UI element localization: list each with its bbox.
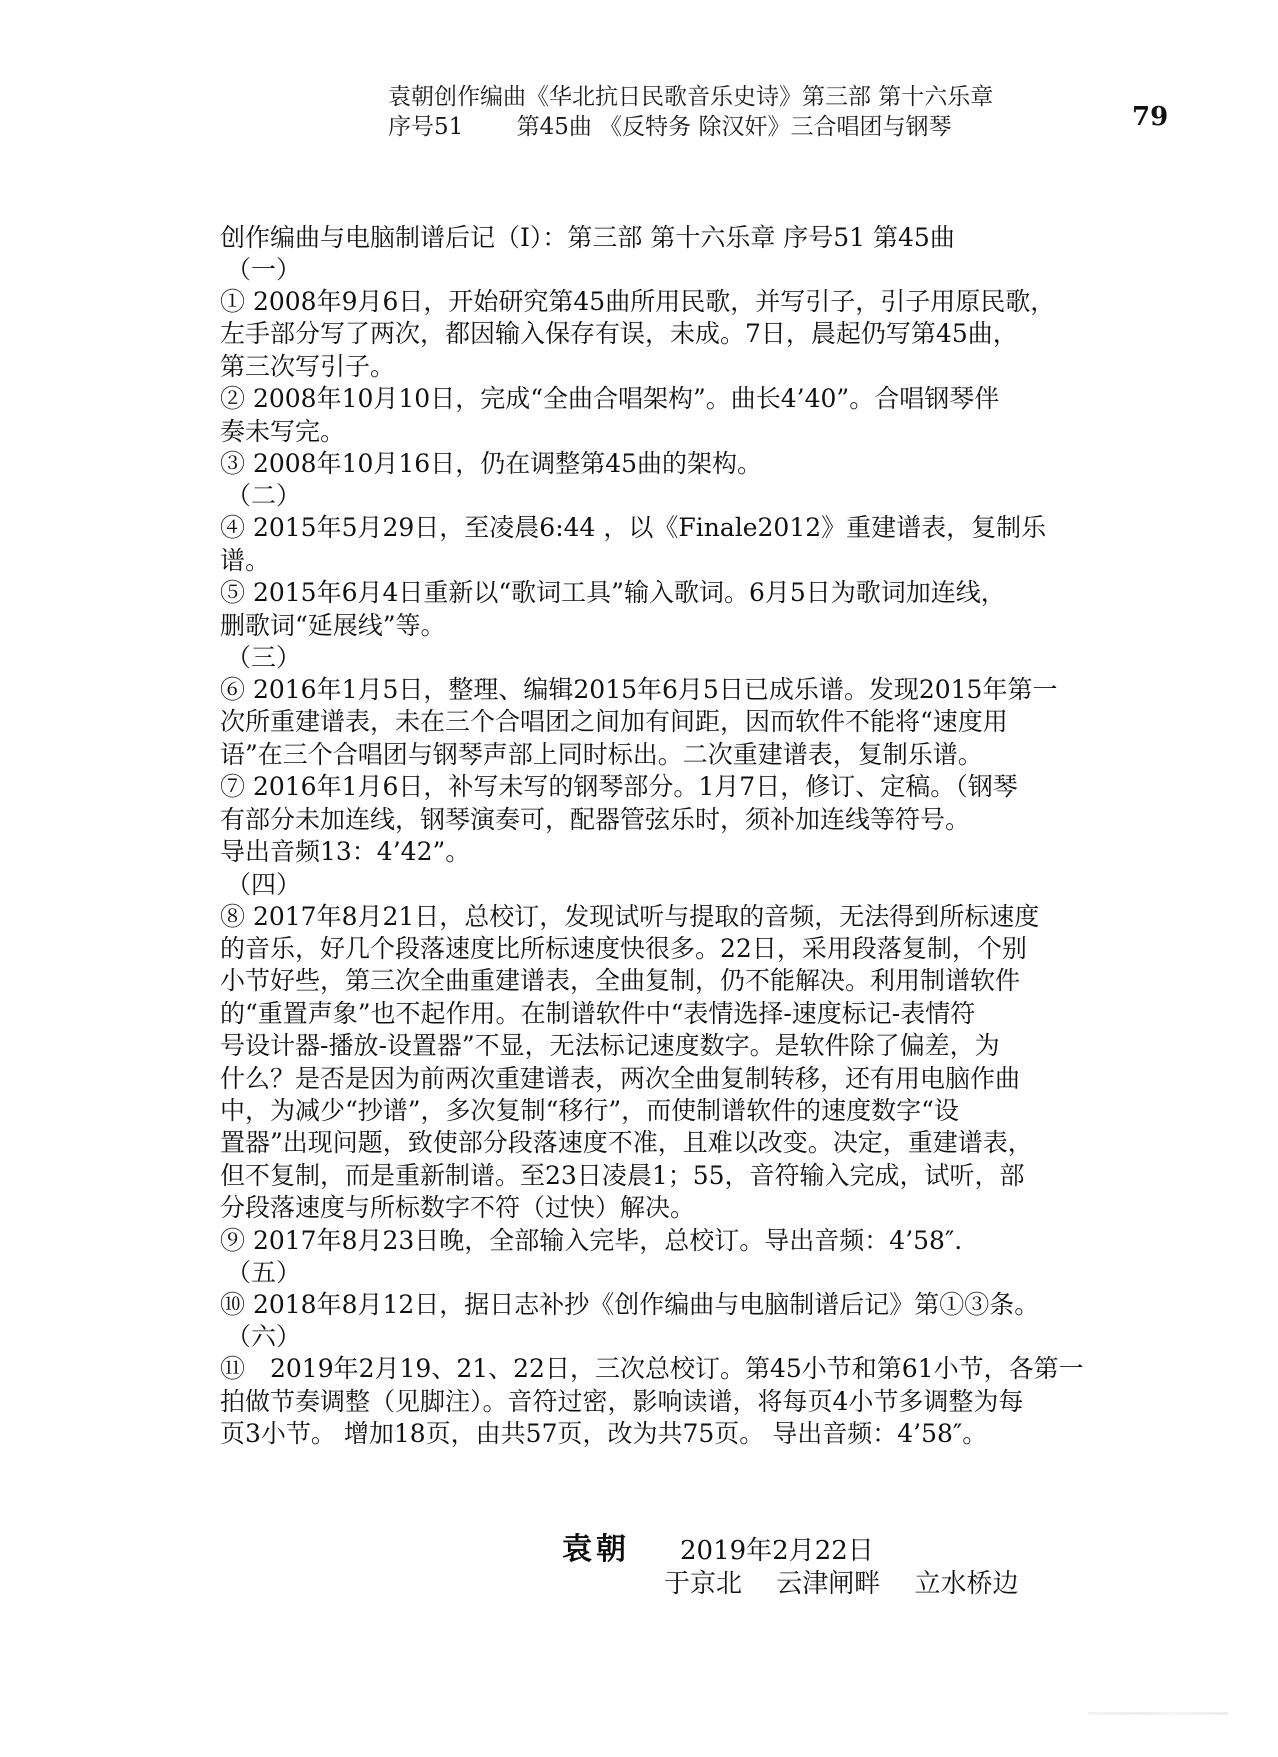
entry-line: 小节好些，第三次全曲重建谱表，全曲复制，仍不能解决。利用制谱软件 xyxy=(220,965,1140,997)
entry-line: ⑥ 2016年1月5日，整理、编辑2015年6月5日已成乐谱。发现2015年第一 xyxy=(220,674,1140,706)
entry-line: 第三次写引子。 xyxy=(220,351,1140,383)
section-label: （五） xyxy=(220,1257,1140,1289)
entry-line: 什么？是否是因为前两次重建谱表，两次全曲复制转移，还有用电脑作曲 xyxy=(220,1063,1140,1095)
entry-line: ⑪ 2019年2月19、21、22日，三次总校订。第45小节和第61小节，各第一 xyxy=(220,1353,1140,1385)
entry-line: 号设计器-播放-设置器”不显，无法标记速度数字。是软件除了偏差，为 xyxy=(220,1030,1140,1062)
entry-line: 中，为减少“抄谱”，多次复制“移行”，而使制谱软件的速度数字“设 xyxy=(220,1095,1140,1127)
entry-line: ⑧ 2017年8月21日，总校订，发现试听与提取的音频，无法得到所标速度 xyxy=(220,901,1140,933)
entry-line: 次所重建谱表，未在三个合唱团之间加有间距，因而软件不能将“速度用 xyxy=(220,706,1140,738)
signature-place: 于京北 云津闸畔 立水桥边 xyxy=(664,1566,1082,1602)
entry-line: 语”在三个合唱团与钢琴声部上同时标出。二次重建谱表，复制乐谱。 xyxy=(220,739,1140,771)
document-title: 创作编曲与电脑制谱后记（Ⅰ）：第三部 第十六乐章 序号51 第45曲 xyxy=(220,222,1140,254)
entry-line: 的音乐，好几个段落速度比所标速度快很多。22日，采用段落复制，个别 xyxy=(220,933,1140,965)
entry-line: ② 2008年10月10日，完成“全曲合唱架构”。曲长4’40”。合唱钢琴伴 xyxy=(220,383,1140,415)
entry-line: 谱。 xyxy=(220,545,1140,577)
section-label: （六） xyxy=(220,1321,1140,1353)
entry-line: 左手部分写了两次，都因输入保存有误，未成。7日，晨起仍写第45曲， xyxy=(220,318,1140,350)
section-2: （二） ④ 2015年5月29日，至凌晨6:44 ，以《Finale2012》重… xyxy=(220,480,1140,642)
header-line-2: 序号51 第45曲 《反特务 除汉奸》三合唱团与钢琴 xyxy=(388,112,1068,142)
page-number: 79 xyxy=(1132,102,1168,132)
entry-line: ⑩ 2018年8月12日，据日志补抄《创作编曲与电脑制谱后记》第①③条。 xyxy=(220,1289,1140,1321)
header-line-1: 袁朝创作编曲《华北抗日民歌音乐史诗》第三部 第十六乐章 xyxy=(388,82,1068,112)
signature-row: 袁朝 2019年2月22日 xyxy=(562,1524,1082,1566)
faint-watermark xyxy=(1088,1712,1228,1715)
section-5: （五） ⑩ 2018年8月12日，据日志补抄《创作编曲与电脑制谱后记》第①③条。 xyxy=(220,1257,1140,1321)
entry-line: 拍做节奏调整（见脚注）。音符过密，影响读谱，将每页4小节多调整为每 xyxy=(220,1386,1140,1418)
entry-line: 分段落速度与所标数字不符（过快）解决。 xyxy=(220,1192,1140,1224)
document-body: 创作编曲与电脑制谱后记（Ⅰ）：第三部 第十六乐章 序号51 第45曲 （一） ①… xyxy=(220,222,1140,1451)
section-3: （三） ⑥ 2016年1月5日，整理、编辑2015年6月5日已成乐谱。发现201… xyxy=(220,642,1140,868)
section-6: （六） ⑪ 2019年2月19、21、22日，三次总校订。第45小节和第61小节… xyxy=(220,1321,1140,1450)
entry-line: ⑨ 2017年8月23日晚，全部输入完毕，总校订。导出音频：4’58″. xyxy=(220,1225,1140,1257)
entry-line: ⑦ 2016年1月6日，补写未写的钢琴部分。1月7日，修订、定稿。（钢琴 xyxy=(220,771,1140,803)
entry-line: 页3小节。 增加18页，由共57页，改为共75页。 导出音频：4’58″。 xyxy=(220,1418,1140,1450)
signature-date: 2019年2月22日 xyxy=(680,1530,874,1567)
entry-line: 奏未写完。 xyxy=(220,416,1140,448)
entry-line: ③ 2008年10月16日，仍在调整第45曲的架构。 xyxy=(220,448,1140,480)
entry-line: 但不复制，而是重新制谱。至23日凌晨1；55，音符输入完成，试听，部 xyxy=(220,1160,1140,1192)
signature-block: 袁朝 2019年2月22日 于京北 云津闸畔 立水桥边 xyxy=(562,1524,1082,1602)
section-4: （四） ⑧ 2017年8月21日，总校订，发现试听与提取的音频，无法得到所标速度… xyxy=(220,869,1140,1257)
section-label: （三） xyxy=(220,642,1140,674)
running-header: 袁朝创作编曲《华北抗日民歌音乐史诗》第三部 第十六乐章 序号51 第45曲 《反… xyxy=(388,82,1068,142)
entry-line: 的“重置声象”也不起作用。在制谱软件中“表情选择-速度标记-表情符 xyxy=(220,998,1140,1030)
author-signature: 袁朝 xyxy=(562,1524,630,1568)
section-label: （二） xyxy=(220,480,1140,512)
section-label: （四） xyxy=(220,869,1140,901)
entry-line: 置器”出现问题，致使部分段落速度不准，且难以改变。决定，重建谱表， xyxy=(220,1127,1140,1159)
entry-line: 删歌词“延展线”等。 xyxy=(220,610,1140,642)
entry-line: 导出音频13：4’42”。 xyxy=(220,836,1140,868)
entry-line: ④ 2015年5月29日，至凌晨6:44 ，以《Finale2012》重建谱表，… xyxy=(220,512,1140,544)
section-1: （一） ① 2008年9月6日，开始研究第45曲所用民歌，并写引子，引子用原民歌… xyxy=(220,254,1140,480)
entry-line: 有部分未加连线，钢琴演奏可，配器管弦乐时，须补加连线等符号。 xyxy=(220,804,1140,836)
section-label: （一） xyxy=(220,254,1140,286)
entry-line: ⑤ 2015年6月4日重新以“歌词工具”输入歌词。6月5日为歌词加连线， xyxy=(220,577,1140,609)
entry-line: ① 2008年9月6日，开始研究第45曲所用民歌，并写引子，引子用原民歌， xyxy=(220,286,1140,318)
